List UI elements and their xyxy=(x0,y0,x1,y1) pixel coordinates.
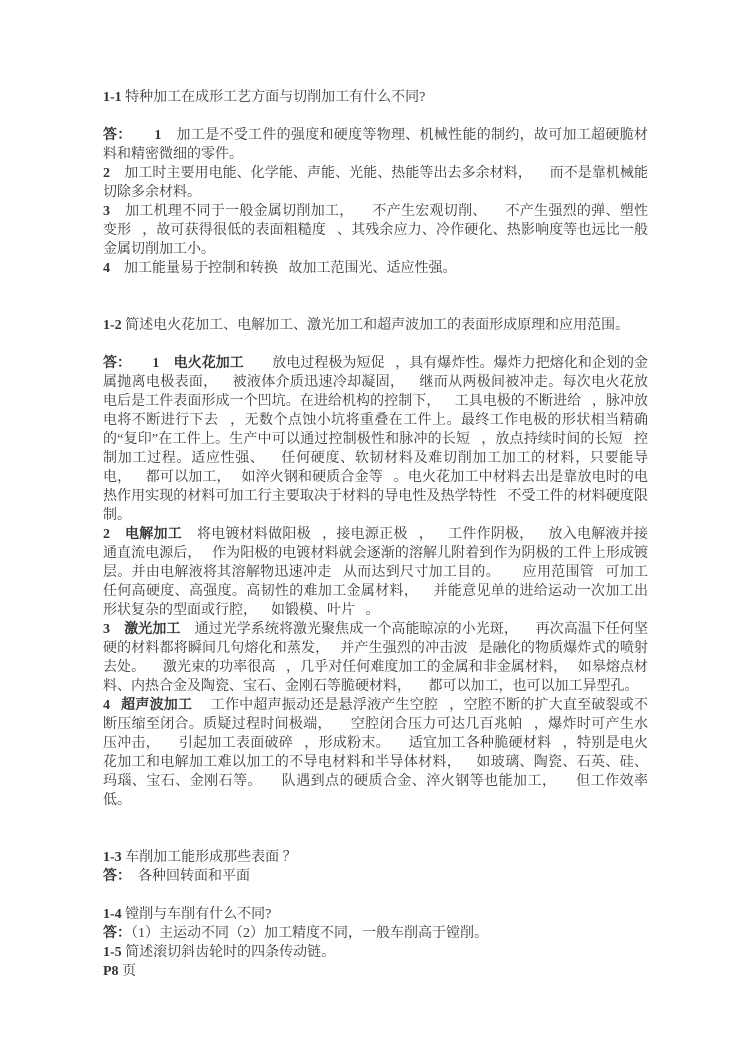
text-run xyxy=(110,622,124,637)
text-run: 将电镀材料做阳极 ，接电源正极 ， 工件作阴极， 放入电解液并接通直流电源后， … xyxy=(103,527,648,618)
question-paragraph: 1-5 简述滚切斜齿轮时的四条传动链。 xyxy=(103,943,648,962)
bold-text-run: 电解加工 xyxy=(125,527,182,542)
text-run: 镗削与车削有什么不同? xyxy=(122,907,272,922)
blank-line xyxy=(103,886,648,905)
bold-text-run: 电火花加工 xyxy=(174,356,244,371)
text-run: 工作中超声振动还是悬浮液产生空腔 ，空腔不断的扩大直至破裂或不断压缩至闭合。质疑… xyxy=(103,698,648,808)
text-run: 加工时主要用电能、化学能、声能、光能、热能等出去多余材料， 而不是靠机械能切除多… xyxy=(103,166,648,200)
text-run: 各种回转面和平面 xyxy=(131,869,250,884)
bold-text-run: 4 xyxy=(103,261,110,276)
answer-paragraph: 答： 1 电火花加工 放电过程极为短促 ，具有爆炸性。爆炸力把熔化和企划的金属抛… xyxy=(103,354,648,525)
bold-text-run: 1-1 xyxy=(103,90,122,105)
question-paragraph: 1-3 车削加工能形成那些表面 ？ xyxy=(103,848,648,867)
text-run: 简述电火花加工、电解加工、激光加工和超声波加工的表面形成原理和应用范围。 xyxy=(122,318,630,333)
document-body: 1-1 特种加工在成形工艺方面与切削加工有什么不同?答： 1 加工是不受工件的强… xyxy=(103,88,648,981)
answer-paragraph: 3 激光加工 通过光学系统将激光聚焦成一个高能晾凉的小光斑， 再次高温下任何坚硬… xyxy=(103,620,648,696)
text-run: 通过光学系统将激光聚焦成一个高能晾凉的小光斑， 再次高温下任何坚硬的材料都将瞬间… xyxy=(103,622,648,694)
blank-line xyxy=(103,107,648,126)
answer-paragraph: 4 超声波加工 工作中超声振动还是悬浮液产生空腔 ，空腔不断的扩大直至破裂或不断… xyxy=(103,696,648,810)
bold-text-run: 3 xyxy=(103,622,110,637)
answer-paragraph: 3 加工机理不同于一般金属切削加工， 不产生宏观切削、 不产生强烈的弹、塑性变形… xyxy=(103,202,648,259)
bold-text-run: 激光加工 xyxy=(124,622,180,637)
text-run: （1）主运动不同（2）加工精度不同，一般车削高于镗削。 xyxy=(131,926,488,941)
bold-text-run: 2 xyxy=(103,166,110,181)
question-paragraph: 1-4 镗削与车削有什么不同? xyxy=(103,905,648,924)
blank-line xyxy=(103,810,648,829)
bold-text-run: 1-5 xyxy=(103,945,122,960)
bold-text-run: 1-2 xyxy=(103,318,122,333)
bold-text-run: 1-4 xyxy=(103,907,122,922)
answer-paragraph: 答： 各种回转面和平面 xyxy=(103,867,648,886)
answer-paragraph: 4 加工能量易于控制和转换 故加工范围光、适应性强。 xyxy=(103,259,648,278)
blank-line xyxy=(103,297,648,316)
document-page: 1-1 特种加工在成形工艺方面与切削加工有什么不同?答： 1 加工是不受工件的强… xyxy=(0,0,744,1052)
bold-text-run: 1-3 xyxy=(103,850,122,865)
bold-text-run: 2 xyxy=(103,527,110,542)
bold-text-run: 超声波加工 xyxy=(121,698,192,713)
text-run xyxy=(159,356,173,371)
text-run: 页 xyxy=(119,964,137,979)
answer-paragraph: 2 电解加工 将电镀材料做阳极 ，接电源正极 ， 工件作阴极， 放入电解液并接通… xyxy=(103,525,648,620)
bold-text-run: 答： xyxy=(103,356,131,371)
bold-text-run: 3 xyxy=(103,204,110,219)
answer-paragraph: 2 加工时主要用电能、化学能、声能、光能、热能等出去多余材料， 而不是靠机械能切… xyxy=(103,164,648,202)
text-run xyxy=(110,698,121,713)
text-run: 简述滚切斜齿轮时的四条传动链。 xyxy=(122,945,336,960)
text-run: 车削加工能形成那些表面 ？ xyxy=(122,850,297,865)
text-run xyxy=(132,128,155,143)
bold-text-run: P8 xyxy=(103,964,119,979)
question-paragraph: 1-1 特种加工在成形工艺方面与切削加工有什么不同? xyxy=(103,88,648,107)
bold-text-run: 答： xyxy=(103,926,131,941)
blank-line xyxy=(103,829,648,848)
blank-line xyxy=(103,278,648,297)
text-run: 加工能量易于控制和转换 故加工范围光、适应性强。 xyxy=(110,261,457,276)
blank-line xyxy=(103,335,648,354)
bold-text-run: 答： xyxy=(103,869,131,884)
text-run xyxy=(131,356,152,371)
bold-text-run: 答： xyxy=(103,128,132,143)
text-run: 加工机理不同于一般金属切削加工， 不产生宏观切削、 不产生强烈的弹、塑性变形 ，… xyxy=(103,204,648,257)
answer-paragraph: 答： 1 加工是不受工件的强度和硬度等物理、机械性能的制约，故可加工超硬脆材料和… xyxy=(103,126,648,164)
text-run: 特种加工在成形工艺方面与切削加工有什么不同? xyxy=(122,90,426,105)
text-run: 放电过程极为短促 ，具有爆炸性。爆炸力把熔化和企划的金属抛离电极表面， 被液体介… xyxy=(103,356,648,523)
answer-paragraph: 答：（1）主运动不同（2）加工精度不同，一般车削高于镗削。 xyxy=(103,924,648,943)
bold-text-run: 4 xyxy=(103,698,110,713)
text-run xyxy=(110,527,125,542)
page-footer: P8 页 xyxy=(103,962,648,981)
text-run: 加工是不受工件的强度和硬度等物理、机械性能的制约，故可加工超硬脆材料和精密微细的… xyxy=(103,128,648,162)
question-paragraph: 1-2 简述电火花加工、电解加工、激光加工和超声波加工的表面形成原理和应用范围。 xyxy=(103,316,648,335)
